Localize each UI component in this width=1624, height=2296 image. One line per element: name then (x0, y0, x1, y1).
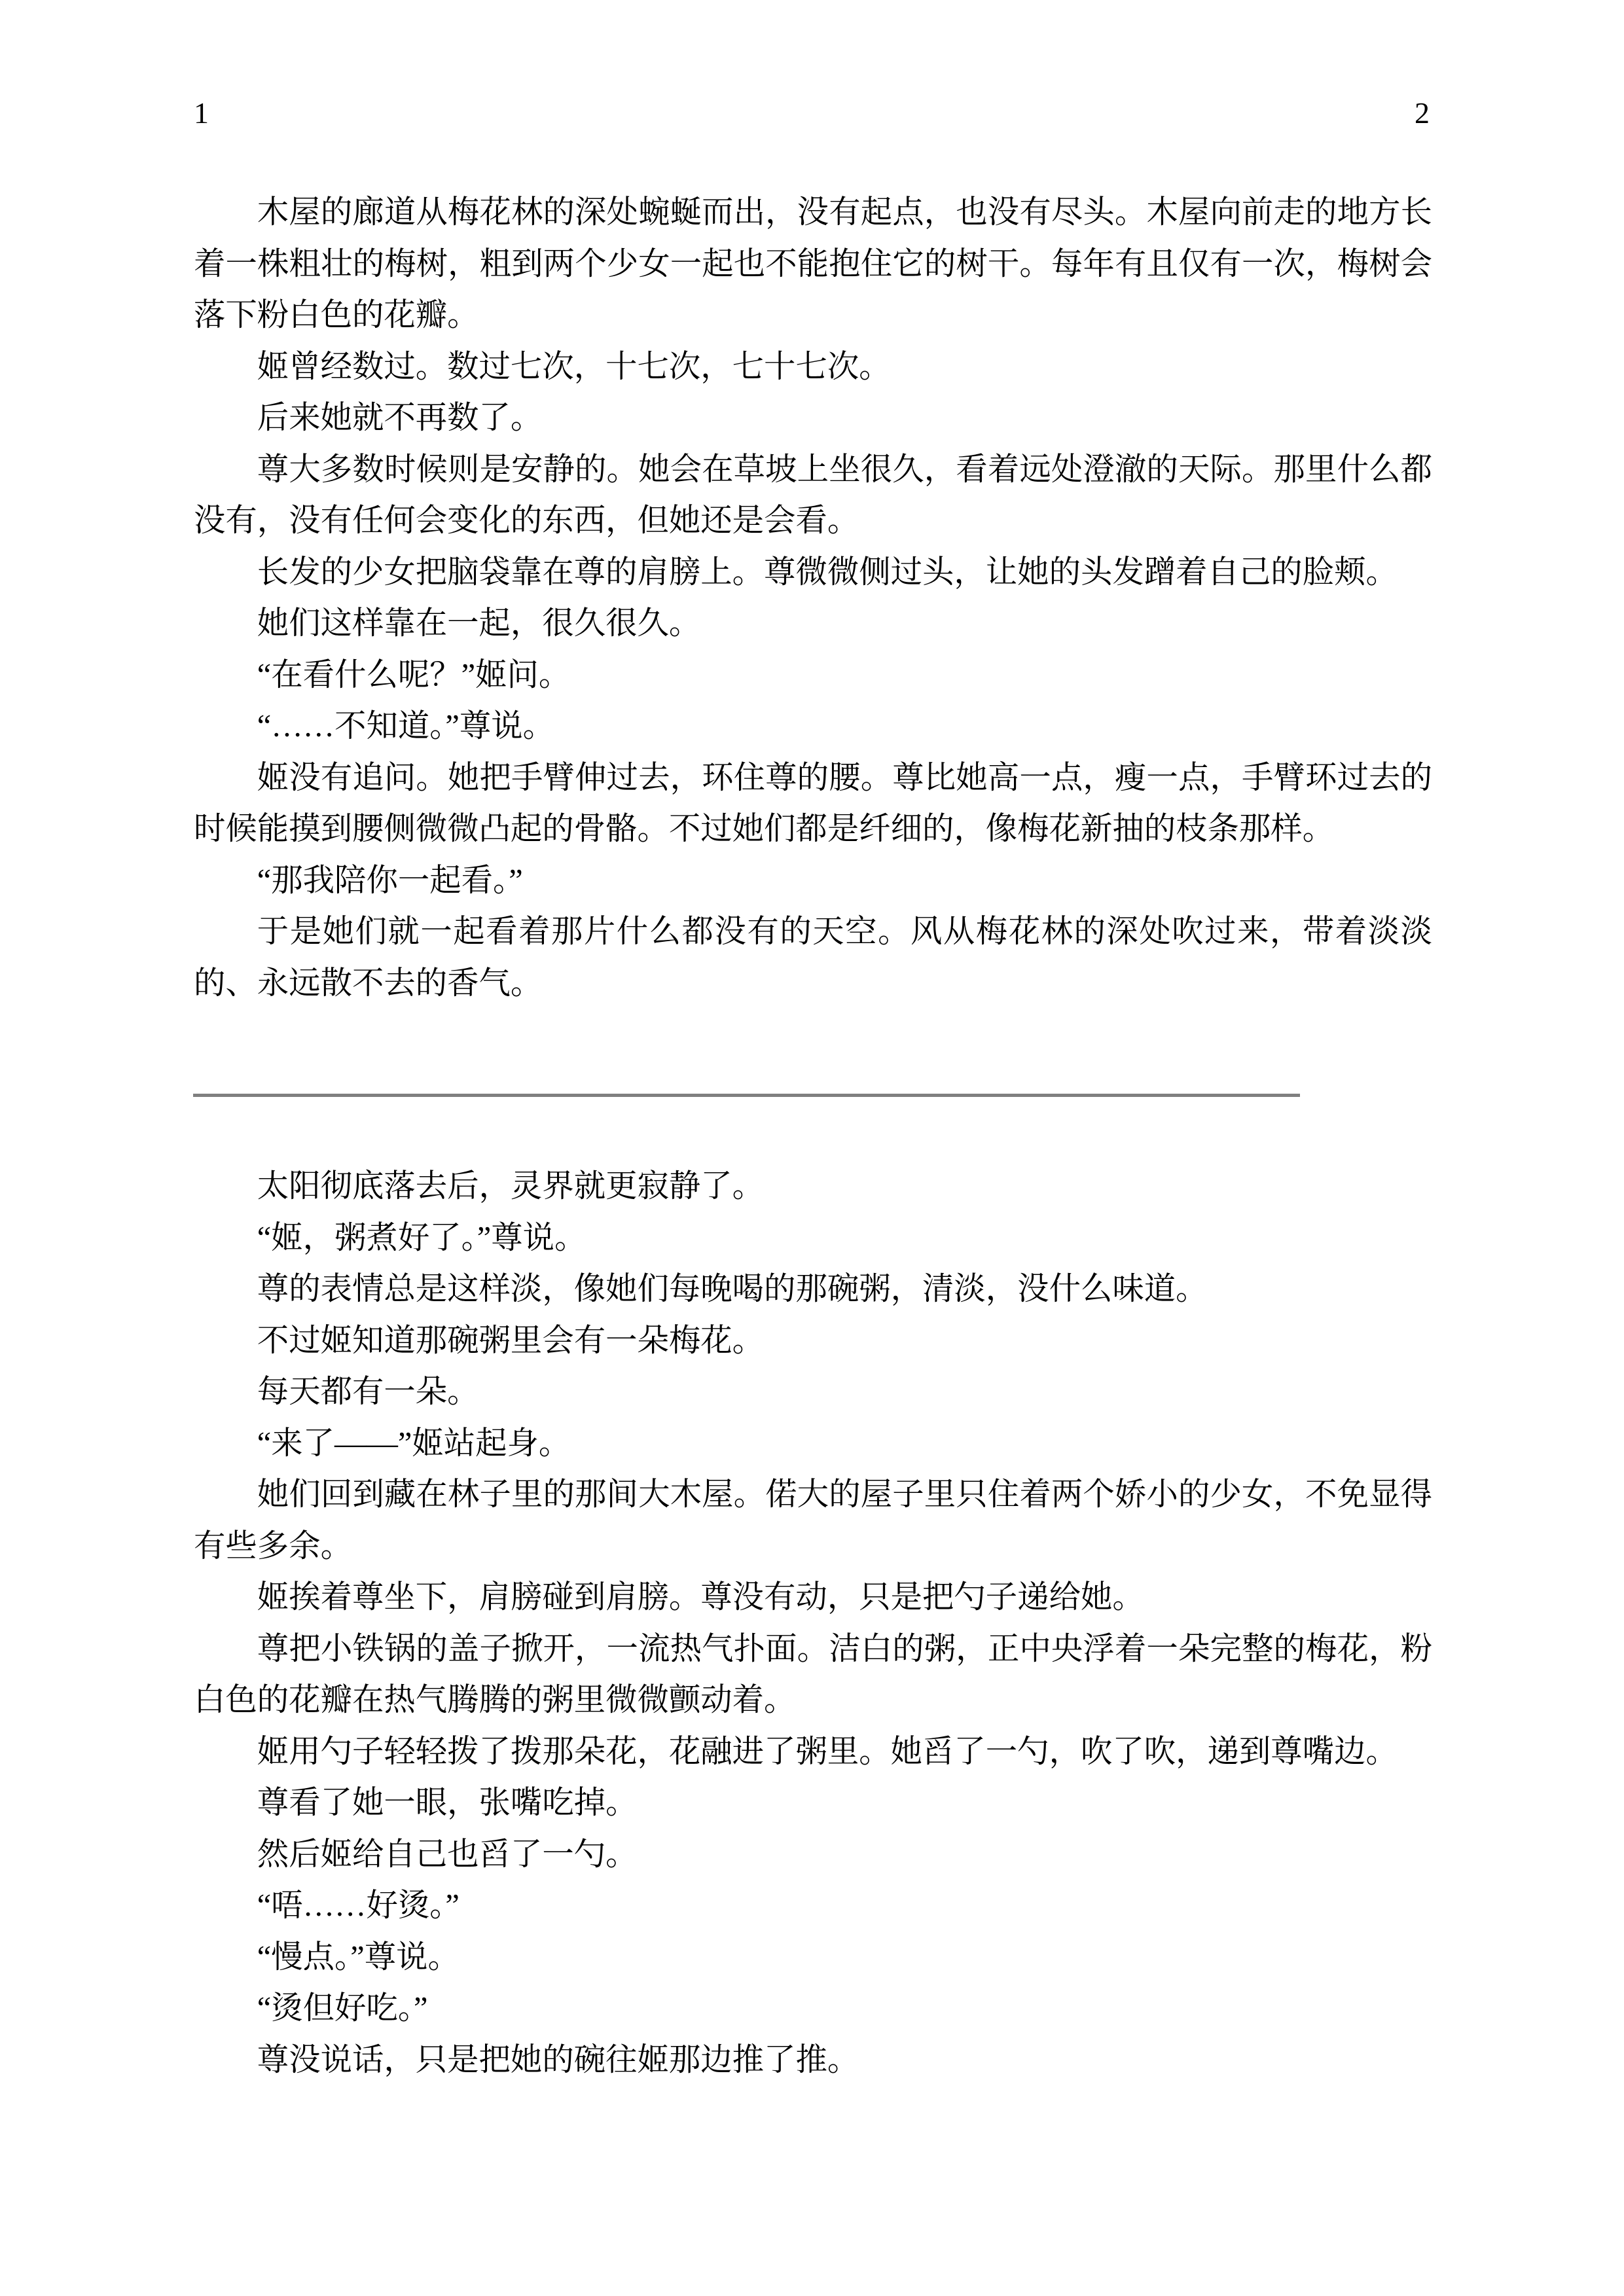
paragraph: 姬用勺子轻轻拨了拨那朵花，花融进了粥里。她舀了一勺，吹了吹，递到尊嘴边。 (194, 1727, 1432, 1778)
page-number-left: 1 (194, 96, 209, 131)
paragraph: 每天都有一朵。 (194, 1367, 1432, 1418)
page-number-right: 2 (1415, 96, 1430, 131)
paragraph: “在看什么呢？”姬问。 (194, 650, 1432, 702)
paragraph: “那我陪你一起看。” (194, 855, 1432, 907)
paragraph: 她们回到藏在林子里的那间大木屋。偌大的屋子里只住着两个娇小的少女，不免显得有些多… (194, 1469, 1432, 1572)
paragraph: “唔……好烫。” (194, 1880, 1432, 1932)
paragraph: 姬挨着尊坐下，肩膀碰到肩膀。尊没有动，只是把勺子递给她。 (194, 1572, 1432, 1624)
paragraph: 姬没有追问。她把手臂伸过去，环住尊的腰。尊比她高一点，瘦一点，手臂环过去的时候能… (194, 753, 1432, 855)
paragraph: 尊大多数时候则是安静的。她会在草坡上坐很久，看着远处澄澈的天际。那里什么都没有，… (194, 444, 1432, 547)
paragraph: 长发的少女把脑袋靠在尊的肩膀上。尊微微侧过头，让她的头发蹭着自己的脸颊。 (194, 547, 1432, 599)
paragraph: 后来她就不再数了。 (194, 393, 1432, 444)
story-section-2: 太阳彻底落去后，灵界就更寂静了。 “姬，粥煮好了。”尊说。 尊的表情总是这样淡，… (194, 1161, 1432, 2086)
paragraph: 尊没说话，只是把她的碗往姬那边推了推。 (194, 2035, 1432, 2087)
paragraph: “来了——”姬站起身。 (194, 1418, 1432, 1470)
paragraph: 太阳彻底落去后，灵界就更寂静了。 (194, 1161, 1432, 1213)
story-section-1: 木屋的廊道从梅花林的深处蜿蜒而出，没有起点，也没有尽头。木屋向前走的地方长着一株… (194, 187, 1432, 1009)
paragraph: 尊看了她一眼，张嘴吃掉。 (194, 1778, 1432, 1829)
paragraph: “……不知道。”尊说。 (194, 701, 1432, 753)
paragraph: 尊的表情总是这样淡，像她们每晚喝的那碗粥，清淡，没什么味道。 (194, 1264, 1432, 1316)
paragraph: 不过姬知道那碗粥里会有一朵梅花。 (194, 1316, 1432, 1367)
paragraph: 姬曾经数过。数过七次，十七次，七十七次。 (194, 342, 1432, 393)
paragraph: “姬，粥煮好了。”尊说。 (194, 1213, 1432, 1265)
paragraph: 她们这样靠在一起，很久很久。 (194, 598, 1432, 650)
section-divider (193, 1094, 1300, 1097)
paragraph: 然后姬给自己也舀了一勺。 (194, 1829, 1432, 1881)
paragraph: 木屋的廊道从梅花林的深处蜿蜒而出，没有起点，也没有尽头。木屋向前走的地方长着一株… (194, 187, 1432, 342)
paragraph: “烫但好吃。” (194, 1983, 1432, 2035)
paragraph: 于是她们就一起看着那片什么都没有的天空。风从梅花林的深处吹过来，带着淡淡的、永远… (194, 906, 1432, 1009)
paragraph: “慢点。”尊说。 (194, 1932, 1432, 1984)
paragraph: 尊把小铁锅的盖子掀开，一流热气扑面。洁白的粥，正中央浮着一朵完整的梅花，粉白色的… (194, 1624, 1432, 1727)
